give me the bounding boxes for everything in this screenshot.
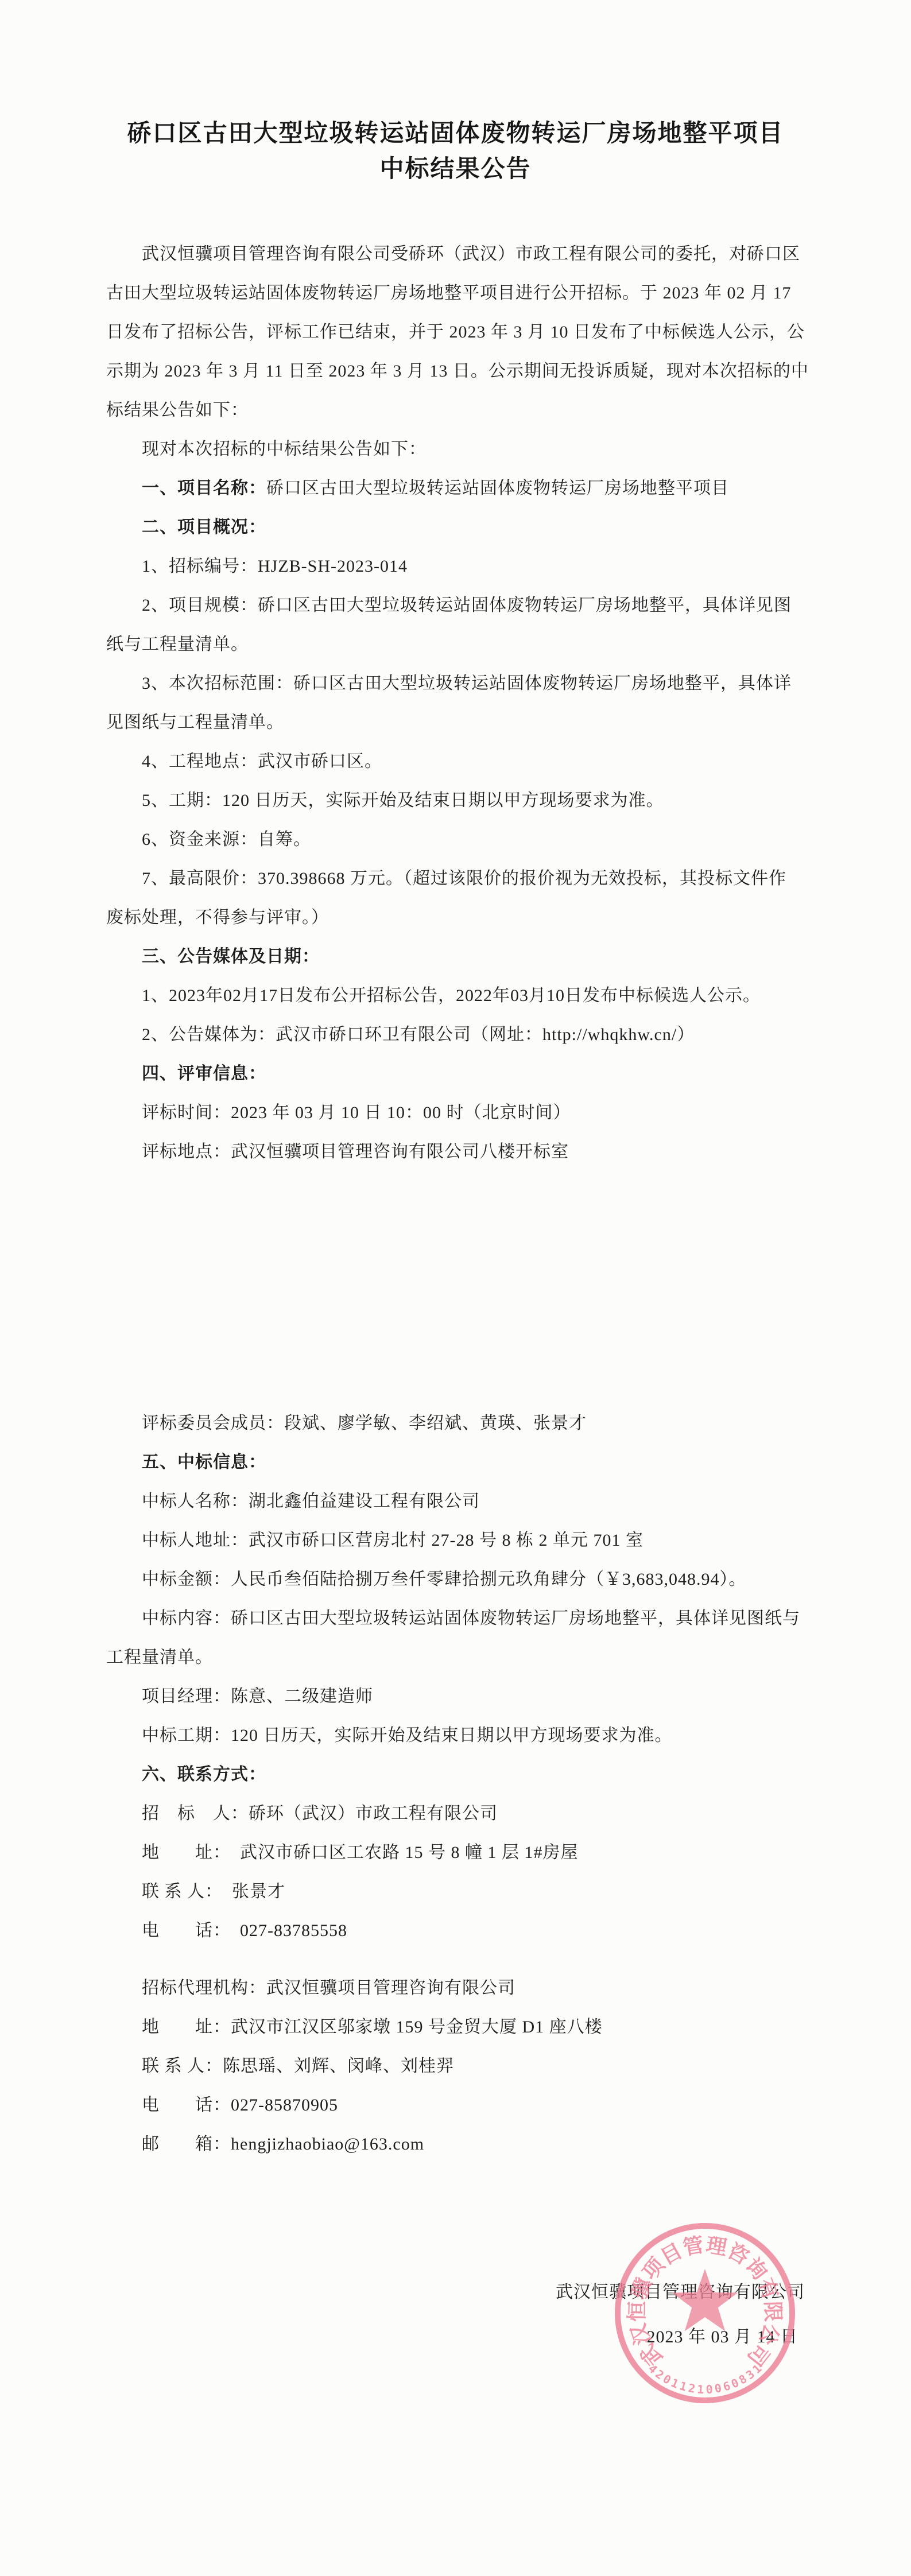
document-line: 六、联系方式：: [106, 1755, 877, 1794]
document-line: 电 话：027-85870905: [106, 2086, 877, 2125]
document-line: 中标工期：120 日历天，实际开始及结束日期以甲方现场要求为准。: [106, 1716, 877, 1755]
stamp-serial-digit: 6: [722, 2379, 732, 2393]
body-text: 7、最高限价：370.398668 万元。（超过该限价的报价视为无效投标，其投标…: [142, 869, 786, 888]
document-line: 见图纸与工程量清单。: [106, 703, 877, 742]
body-text: 评标地点：武汉恒骥项目管理咨询有限公司八楼开标室: [142, 1142, 569, 1161]
document-line: 联 系 人： 张景才: [106, 1872, 877, 1911]
document-line: 招 标 人：硚环（武汉）市政工程有限公司: [106, 1794, 877, 1833]
body-text: 4、工程地点：武汉市硚口区。: [142, 752, 382, 771]
body-text: 3、本次招标范围：硚口区古田大型垃圾转运站固体废物转运厂房场地整平，具体详: [142, 674, 792, 693]
stamp-serial-digit: 1: [750, 2361, 764, 2376]
document-line: 2、项目规模：硚口区古田大型垃圾转运站固体废物转运厂房场地整平，具体详见图: [106, 586, 877, 625]
stamp-serial-digit: 0: [705, 2382, 713, 2396]
body-text: 中标工期：120 日历天，实际开始及结束日期以甲方现场要求为准。: [142, 1726, 673, 1745]
document-line: 评标时间：2023 年 03 月 10 日 10：00 时（北京时间）: [106, 1093, 877, 1132]
document-line: 一、项目名称：硚口区古田大型垃圾转运站固体废物转运厂房场地整平项目: [106, 469, 877, 508]
document-line: 三、公告媒体及日期：: [106, 937, 877, 976]
body-text: 2、公告媒体为：武汉市硚口环卫有限公司（网址：http://whqkhw.cn/…: [142, 1025, 695, 1044]
body-text: 评标委员会成员：段斌、廖学敏、李绍斌、黄瑛、张景才: [142, 1414, 587, 1433]
section-heading-text: 三、公告媒体及日期：: [142, 947, 320, 966]
body-text: 项目经理：陈意、二级建造师: [142, 1687, 373, 1706]
body-text: 招 标 人：硚环（武汉）市政工程有限公司: [142, 1804, 498, 1823]
stamp-serial-digit: 1: [669, 2376, 681, 2391]
document-line: 中标人地址：武汉市硚口区营房北村 27-28 号 8 栋 2 单元 701 室: [106, 1521, 877, 1560]
stamp-ring-character: 咨: [724, 2239, 753, 2269]
section-heading-text: 五、中标信息：: [142, 1453, 266, 1472]
document-line: 7、最高限价：370.398668 万元。（超过该限价的报价视为无效投标，其投标…: [106, 859, 877, 898]
agency-signature: 武汉恒骥项目管理咨询有限公司: [0, 2273, 911, 2312]
body-text: 现对本次招标的中标结果公告如下：: [142, 440, 427, 459]
document-line: 招标代理机构：武汉恒骥项目管理咨询有限公司: [106, 1969, 877, 2008]
document-line: 电 话： 027-83785558: [106, 1911, 877, 1950]
body-text: 中标内容：硚口区古田大型垃圾转运站固体废物转运厂房场地整平，具体详见图纸与: [142, 1609, 800, 1628]
document-line: 4、工程地点：武汉市硚口区。: [106, 742, 877, 781]
stamp-serial-digit: 0: [661, 2372, 673, 2387]
body-text: 示期为 2023 年 3 月 11 日至 2023 年 3 月 13 日。公示期…: [106, 362, 809, 381]
stamp-serial-digit: 1: [678, 2379, 688, 2393]
body-text: 中标人名称：湖北鑫伯益建设工程有限公司: [142, 1492, 480, 1511]
body-text: 电 话：027-85870905: [142, 2096, 338, 2115]
document-line: 中标人名称：湖北鑫伯益建设工程有限公司: [106, 1482, 877, 1521]
stamp-serial-digit: 2: [687, 2381, 696, 2396]
body-text: 标结果公告如下：: [106, 401, 249, 420]
body-text: 硚口区古田大型垃圾转运站固体废物转运厂房场地整平项目: [266, 479, 729, 498]
document-title-line1: 硚口区古田大型垃圾转运站固体废物转运厂房场地整平项目: [0, 116, 911, 152]
body-text: 地 址： 武汉市硚口区工农路 15 号 8 幢 1 层 1#房屋: [142, 1843, 579, 1862]
document-line: 工程量清单。: [106, 1638, 877, 1677]
body-text: 5、工期：120 日历天，实际开始及结束日期以甲方现场要求为准。: [142, 791, 664, 810]
document-line: 现对本次招标的中标结果公告如下：: [106, 430, 877, 469]
document-line: 3、本次招标范围：硚口区古田大型垃圾转运站固体废物转运厂房场地整平，具体详: [106, 664, 877, 703]
section-heading-text: 四、评审信息：: [142, 1064, 266, 1083]
body-text: 中标金额：人民币叁佰陆拾捌万叁仟零肆拾捌元玖角肆分（￥3,683,048.94）…: [142, 1570, 747, 1589]
body-text: 2、项目规模：硚口区古田大型垃圾转运站固体废物转运厂房场地整平，具体详见图: [142, 596, 792, 615]
document-line: 1、2023年02月17日发布公开招标公告，2022年03月10日发布中标候选人…: [106, 976, 877, 1015]
body-text: 邮 箱：hengjizhaobiao@163.com: [142, 2135, 424, 2154]
body-text: 工程量清单。: [106, 1648, 213, 1667]
document-page: 硚口区古田大型垃圾转运站固体废物转运厂房场地整平项目 中标结果公告 武汉恒骥项目…: [0, 0, 911, 2576]
document-line: 纸与工程量清单。: [106, 625, 877, 664]
document-body: 武汉恒骥项目管理咨询有限公司受硚环（武汉）市政工程有限公司的委托，对硚口区古田大…: [0, 235, 911, 2164]
document-line: 五、中标信息：: [106, 1443, 877, 1482]
document-line: 2、公告媒体为：武汉市硚口环卫有限公司（网址：http://whqkhw.cn/…: [106, 1015, 877, 1054]
body-text: 评标时间：2023 年 03 月 10 日 10：00 时（北京时间）: [142, 1103, 571, 1122]
body-text: 地 址：武汉市江汉区邬家墩 159 号金贸大厦 D1 座八楼: [142, 2018, 603, 2036]
document-line: 邮 箱：hengjizhaobiao@163.com: [106, 2125, 877, 2164]
document-line: 废标处理，不得参与评审。）: [106, 898, 877, 937]
document-line: 标结果公告如下：: [106, 391, 877, 430]
body-text: 电 话： 027-83785558: [142, 1921, 347, 1940]
body-text: 6、资金来源：自筹。: [142, 830, 311, 849]
section-heading-text: 六、联系方式：: [142, 1765, 266, 1784]
document-line: 古田大型垃圾转运站固体废物转运厂房场地整平项目进行公开招标。于 2023 年 0…: [106, 274, 877, 313]
document-title-line2: 中标结果公告: [0, 152, 911, 187]
document-line: 中标金额：人民币叁佰陆拾捌万叁仟零肆拾捌元玖角肆分（￥3,683,048.94）…: [106, 1560, 877, 1599]
body-text: 招标代理机构：武汉恒骥项目管理咨询有限公司: [142, 1978, 515, 1997]
body-text: 古田大型垃圾转运站固体废物转运厂房场地整平项目进行公开招标。于 2023 年 0…: [106, 284, 792, 302]
document-line: 5、工期：120 日历天，实际开始及结束日期以甲方现场要求为准。: [106, 781, 877, 820]
section-heading-text: 一、项目名称：: [142, 479, 266, 498]
stamp-serial-digit: 1: [697, 2382, 704, 2396]
document-line: 日发布了招标公告，评标工作已结束，并于 2023 年 3 月 10 日发布了中标…: [106, 313, 877, 352]
body-text: 1、2023年02月17日发布公开招标公告，2022年03月10日发布中标候选人…: [142, 986, 761, 1005]
document-line: 评标地点：武汉恒骥项目管理咨询有限公司八楼开标室: [106, 1132, 877, 1171]
stamp-serial-digit: 8: [736, 2372, 749, 2387]
document-line: 联 系 人：陈思瑶、刘辉、闵峰、刘桂羿: [106, 2047, 877, 2086]
document-line: 评标委员会成员：段斌、廖学敏、李绍斌、黄瑛、张景才: [106, 1404, 877, 1443]
stamp-ring-character: 目: [657, 2239, 686, 2269]
stamp-serial-digit: 0: [729, 2376, 741, 2391]
stamp-ring-character: 理: [704, 2233, 728, 2260]
body-text: 1、招标编号：HJZB-SH-2023-014: [142, 557, 408, 576]
announcement-date: 2023 年 03 月 14 日: [0, 2318, 911, 2357]
stamp-serial-digit: 4: [646, 2361, 660, 2376]
document-line: 6、资金来源：自筹。: [106, 820, 877, 859]
body-text: 废标处理，不得参与评审。）: [106, 908, 329, 927]
document-line: 项目经理：陈意、二级建造师: [106, 1677, 877, 1716]
section-heading-text: 二、项目概况：: [142, 518, 266, 537]
stamp-ring-character: 管: [681, 2233, 705, 2260]
body-text: 纸与工程量清单。: [106, 635, 249, 654]
document-line: 武汉恒骥项目管理咨询有限公司受硚环（武汉）市政工程有限公司的委托，对硚口区: [106, 235, 877, 274]
document-line: 四、评审信息：: [106, 1054, 877, 1093]
signature-block: 武汉恒骥项目管理咨询有限公司 2023 年 03 月 14 日: [0, 2273, 911, 2357]
stamp-serial-digit: 3: [743, 2367, 757, 2382]
document-line: 示期为 2023 年 3 月 11 日至 2023 年 3 月 13 日。公示期…: [106, 352, 877, 391]
document-line: 中标内容：硚口区古田大型垃圾转运站固体废物转运厂房场地整平，具体详见图纸与: [106, 1599, 877, 1638]
body-text: 中标人地址：武汉市硚口区营房北村 27-28 号 8 栋 2 单元 701 室: [142, 1531, 643, 1550]
body-text: 日发布了招标公告，评标工作已结束，并于 2023 年 3 月 10 日发布了中标…: [106, 323, 805, 342]
stamp-serial-digit: 0: [714, 2381, 723, 2396]
document-line: 地 址：武汉市江汉区邬家墩 159 号金贸大厦 D1 座八楼: [106, 2008, 877, 2047]
body-text: 见图纸与工程量清单。: [106, 713, 284, 732]
body-text: 联 系 人：陈思瑶、刘辉、闵峰、刘桂羿: [142, 2057, 454, 2075]
stamp-serial-digit: 2: [653, 2367, 666, 2382]
document-line: 1、招标编号：HJZB-SH-2023-014: [106, 547, 877, 586]
document-line: 地 址： 武汉市硚口区工农路 15 号 8 幢 1 层 1#房屋: [106, 1833, 877, 1872]
body-text: 联 系 人： 张景才: [142, 1882, 285, 1901]
body-text: 武汉恒骥项目管理咨询有限公司受硚环（武汉）市政工程有限公司的委托，对硚口区: [142, 245, 800, 263]
document-line: 二、项目概况：: [106, 508, 877, 547]
